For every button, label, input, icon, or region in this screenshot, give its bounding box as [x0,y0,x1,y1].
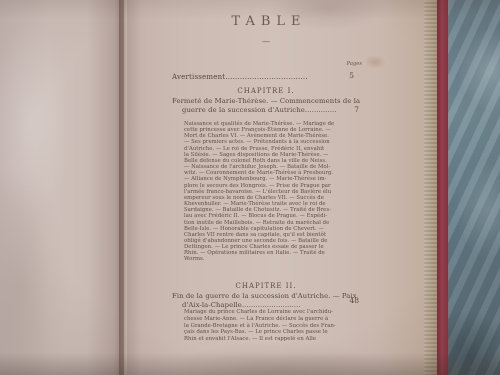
table-of-contents: TABLE — Pages Avertissement.............… [168,0,364,375]
book-photo: TABLE — Pages Avertissement.............… [0,0,500,375]
chapter1-summary: Naissance et qualités de Marie-Thérèse. … [184,121,334,263]
pages-column-label: Pages [347,61,362,67]
chapter1-entry: Fermeté de Marie-Thérèse. — Commencement… [172,97,360,115]
chapter2-heading: CHAPITRE II. [168,282,364,290]
toc-entry-avertissement: Avertissement...........................… [172,73,308,81]
chapter2-summary: Mariage du prince Charles de Lorraine av… [184,309,336,343]
avertissement-page-number: 5 [349,71,354,80]
chapter1-heading: CHAPITRE I. [168,87,364,95]
toc-title: TABLE [168,14,364,29]
chapter2-entry: Fin de la guerre de la succession d'Autr… [172,292,357,310]
page-edges [424,0,437,375]
cloth-background [448,0,500,375]
chapter1-page-number: 7 [354,105,359,114]
cover-edge [437,0,448,375]
left-page [0,0,124,375]
toc-divider-rule: — [168,37,364,46]
chapter2-page-number: 48 [349,296,359,305]
